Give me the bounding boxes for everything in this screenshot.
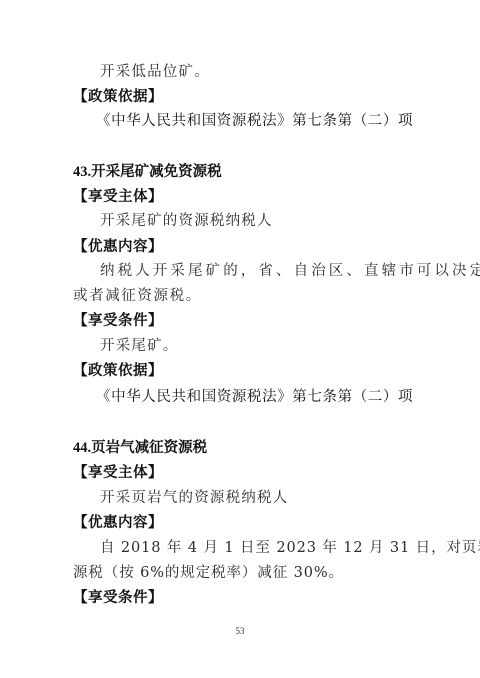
section-number: 44. bbox=[73, 440, 91, 456]
subject-text: 开采页岩气的资源税纳税人 bbox=[100, 488, 435, 508]
subject-header: 【享受主体】 bbox=[73, 187, 408, 207]
content-header: 【优惠内容】 bbox=[73, 237, 408, 257]
condition-header: 【享受条件】 bbox=[73, 588, 408, 608]
content-text-line1: 自 2018 年 4 月 1 日至 2023 年 12 月 31 日，对页岩气资 bbox=[100, 538, 435, 558]
policy-basis-header: 【政策依据】 bbox=[73, 87, 408, 107]
condition-text: 开采尾矿。 bbox=[100, 336, 435, 356]
content-text-line2: 源税（按 6%的规定税率）减征 30%。 bbox=[73, 563, 408, 583]
subject-header: 【享受主体】 bbox=[73, 463, 408, 483]
document-page: 开采低品位矿。 【政策依据】 《中华人民共和国资源税法》第七条第（二）项 43.… bbox=[0, 0, 480, 678]
section-number: 43. bbox=[73, 164, 91, 180]
policy-basis-header: 【政策依据】 bbox=[73, 361, 408, 381]
previous-condition-text: 开采低品位矿。 bbox=[100, 62, 435, 82]
condition-header: 【享受条件】 bbox=[73, 311, 408, 331]
section-title-44: 44.页岩气减征资源税 bbox=[73, 438, 408, 458]
section-title-43: 43.开采尾矿减免资源税 bbox=[73, 162, 408, 182]
page-number: 53 bbox=[0, 626, 480, 636]
section-title-text: 页岩气减征资源税 bbox=[91, 440, 207, 456]
subject-text: 开采尾矿的资源税纳税人 bbox=[100, 211, 435, 231]
policy-basis-text: 《中华人民共和国资源税法》第七条第（二）项 bbox=[96, 111, 431, 131]
section-title-text: 开采尾矿减免资源税 bbox=[91, 164, 222, 180]
content-text-line1: 纳税人开采尾矿的，省、自治区、直辖市可以决定免征 bbox=[100, 261, 435, 281]
content-header: 【优惠内容】 bbox=[73, 513, 408, 533]
content-text-line2: 或者减征资源税。 bbox=[73, 286, 408, 306]
policy-basis-text: 《中华人民共和国资源税法》第七条第（二）项 bbox=[96, 387, 431, 407]
